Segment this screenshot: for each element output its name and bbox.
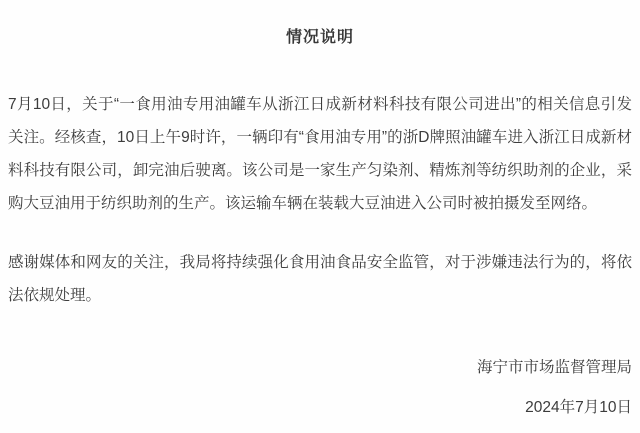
issuing-authority-signature: 海宁市市场监督管理局 <box>8 351 632 384</box>
statement-date: 2024年7月10日 <box>8 391 632 424</box>
page-title: 情况说明 <box>8 0 632 48</box>
statement-paragraph-1: 7月10日，关于“一食用油专用油罐车从浙江日成新材料科技有限公司进出”的相关信息… <box>8 88 632 220</box>
statement-document: 情况说明 7月10日，关于“一食用油专用油罐车从浙江日成新材料科技有限公司进出”… <box>0 0 640 433</box>
statement-paragraph-2: 感谢媒体和网友的关注，我局将持续强化食用油食品安全监管，对于涉嫌违法行为的，将依… <box>8 246 632 312</box>
